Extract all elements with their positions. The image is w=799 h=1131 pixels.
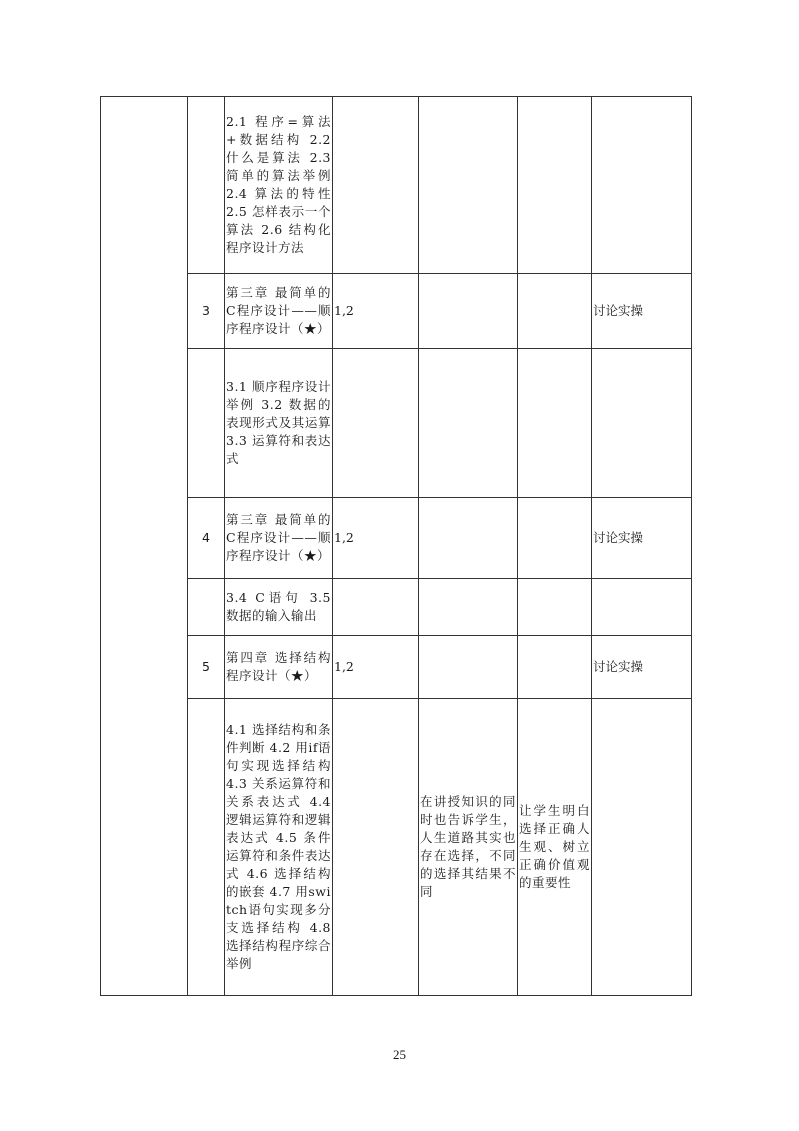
content-cell: 第四章 选择结构程序设计（★） bbox=[225, 636, 333, 699]
hours-cell bbox=[333, 97, 419, 274]
content-cell: 第三章 最简单的C程序设计——顺序程序设计（★） bbox=[225, 498, 333, 579]
hours-cell bbox=[333, 699, 419, 996]
ideology-point-cell bbox=[419, 498, 518, 579]
content-cell: 4.1 选择结构和条件判断 4.2 用if语句实现选择结构 4.3 关系运算符和… bbox=[225, 699, 333, 996]
page-number: 25 bbox=[0, 1047, 799, 1063]
ideology-point-cell: 在讲授知识的同时也告诉学生，人生道路其实也存在选择，不同的选择其结果不同 bbox=[419, 699, 518, 996]
ideology-point-cell bbox=[419, 579, 518, 636]
course-schedule-table: 2.1 程序=算法+数据结构 2.2 什么是算法 2.3 简单的算法举例 2.4… bbox=[100, 96, 692, 996]
ideology-point-cell bbox=[419, 97, 518, 274]
ideology-point-cell bbox=[419, 274, 518, 349]
row-index bbox=[188, 699, 225, 996]
ideology-point-cell bbox=[419, 636, 518, 699]
content-cell: 2.1 程序=算法+数据结构 2.2 什么是算法 2.3 简单的算法举例 2.4… bbox=[225, 97, 333, 274]
table-row: 5 第四章 选择结构程序设计（★） 1,2 讨论实操 bbox=[101, 636, 692, 699]
ideology-goal-cell bbox=[518, 349, 592, 498]
ideology-goal-cell: 让学生明白选择正确人生观、树立正确价值观的重要性 bbox=[518, 699, 592, 996]
ideology-point-cell bbox=[419, 349, 518, 498]
row-index: 5 bbox=[188, 636, 225, 699]
table-row: 3 第三章 最简单的C程序设计——顺序程序设计（★） 1,2 讨论实操 bbox=[101, 274, 692, 349]
content-cell: 3.4 C语句 3.5 数据的输入输出 bbox=[225, 579, 333, 636]
row-index: 4 bbox=[188, 498, 225, 579]
method-cell: 讨论实操 bbox=[592, 274, 692, 349]
ideology-goal-cell bbox=[518, 97, 592, 274]
hours-cell: 1,2 bbox=[333, 636, 419, 699]
hours-cell: 1,2 bbox=[333, 498, 419, 579]
row-index bbox=[188, 97, 225, 274]
method-cell: 讨论实操 bbox=[592, 498, 692, 579]
ideology-goal-cell bbox=[518, 636, 592, 699]
content-cell: 3.1 顺序程序设计举例 3.2 数据的表现形式及其运算 3.3 运算符和表达式 bbox=[225, 349, 333, 498]
row-index bbox=[188, 349, 225, 498]
table-row: 2.1 程序=算法+数据结构 2.2 什么是算法 2.3 简单的算法举例 2.4… bbox=[101, 97, 692, 274]
table-row: 4 第三章 最简单的C程序设计——顺序程序设计（★） 1,2 讨论实操 bbox=[101, 498, 692, 579]
ideology-goal-cell bbox=[518, 274, 592, 349]
method-cell bbox=[592, 97, 692, 274]
ideology-goal-cell bbox=[518, 498, 592, 579]
hours-cell bbox=[333, 579, 419, 636]
method-cell bbox=[592, 349, 692, 498]
merged-category-cell bbox=[101, 97, 188, 996]
row-index bbox=[188, 579, 225, 636]
ideology-goal-cell bbox=[518, 579, 592, 636]
table-row: 3.4 C语句 3.5 数据的输入输出 bbox=[101, 579, 692, 636]
method-cell bbox=[592, 579, 692, 636]
row-index: 3 bbox=[188, 274, 225, 349]
method-cell bbox=[592, 699, 692, 996]
table-row: 3.1 顺序程序设计举例 3.2 数据的表现形式及其运算 3.3 运算符和表达式 bbox=[101, 349, 692, 498]
hours-cell: 1,2 bbox=[333, 274, 419, 349]
method-cell: 讨论实操 bbox=[592, 636, 692, 699]
content-cell: 第三章 最简单的C程序设计——顺序程序设计（★） bbox=[225, 274, 333, 349]
hours-cell bbox=[333, 349, 419, 498]
table-row: 4.1 选择结构和条件判断 4.2 用if语句实现选择结构 4.3 关系运算符和… bbox=[101, 699, 692, 996]
